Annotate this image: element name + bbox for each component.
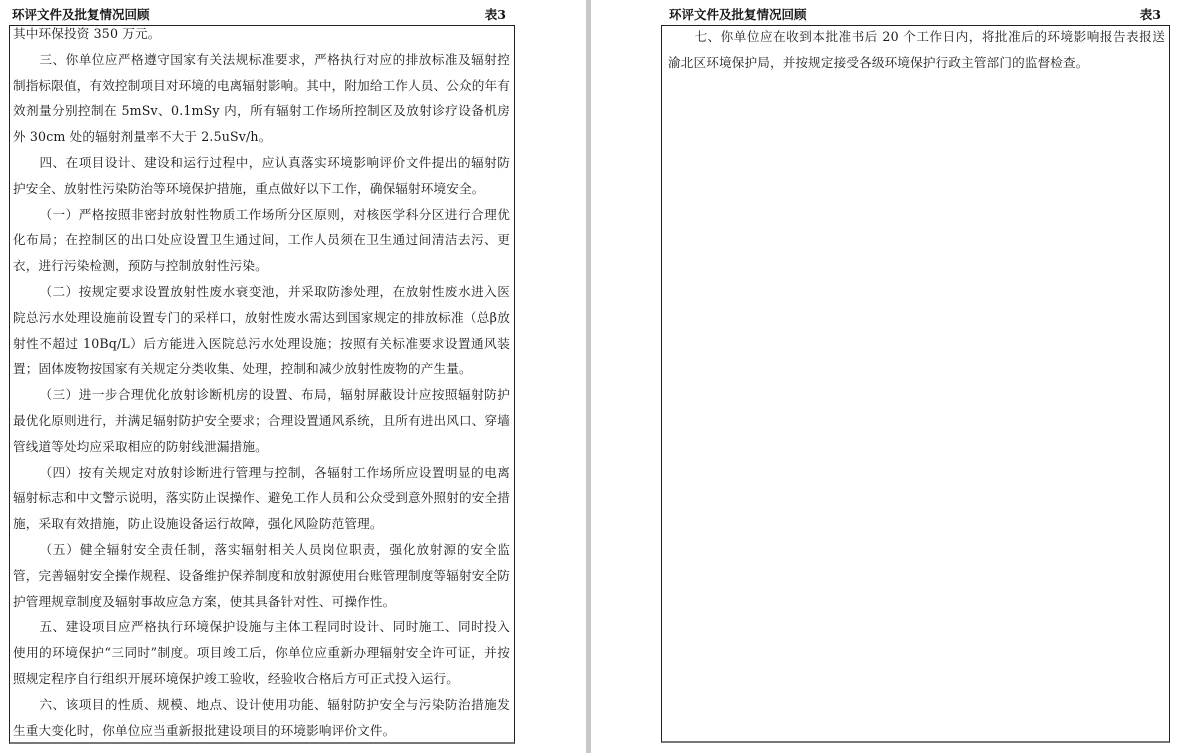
content-frame: 其中环保投资 350 万元。 三、你单位应严格遵守国家有关法规标准要求，严格执行… — [9, 25, 515, 744]
paragraph-3-standards: 三、你单位应严格遵守国家有关法规标准要求，严格执行对应的排放标准及辐射控制指标限… — [13, 47, 510, 150]
content-body: 其中环保投资 350 万元。 三、你单位应严格遵守国家有关法规标准要求，严格执行… — [10, 21, 514, 743]
paragraph-4-5-responsibility: （五）健全辐射安全责任制，落实辐射相关人员岗位职责，强化放射源的安全监管，完善辐… — [13, 537, 510, 614]
paragraph-investment: 其中环保投资 350 万元。 — [13, 21, 510, 47]
document-page-left: 环评文件及批复情况回顾 表3 其中环保投资 350 万元。 三、你单位应严格遵守… — [0, 0, 586, 753]
page-header: 环评文件及批复情况回顾 表3 — [669, 5, 1161, 23]
paragraph-4-measures: 四、在项目设计、建设和运行过程中，应认真落实环境影响评价文件提出的辐射防护安全、… — [13, 150, 510, 202]
paragraph-4-2-wastewater: （二）按规定要求设置放射性废水衰变池，并采取防渗处理，在放射性废水进入医院总污水… — [13, 279, 510, 382]
paragraph-4-3-shielding: （三）进一步合理优化放射诊断机房的设置、布局，辐射屏蔽设计应按照辐射防护最优化原… — [13, 382, 510, 459]
paragraph-5-three-simultaneous: 五、建设项目应严格执行环境保护设施与主体工程同时设计、同时施工、同时投入使用的环… — [13, 614, 510, 691]
paragraph-4-1-zoning: （一）严格按照非密封放射性物质工作场所分区原则，对核医学科分区进行合理优化布局；… — [13, 202, 510, 279]
table-label: 表3 — [1140, 5, 1161, 23]
content-frame: 七、你单位应在收到本批准书后 20 个工作日内，将批准后的环境影响报告表报送渝北… — [661, 25, 1170, 743]
section-title: 环评文件及批复情况回顾 — [669, 5, 807, 23]
paragraph-7-submission: 七、你单位应在收到本批准书后 20 个工作日内，将批准后的环境影响报告表报送渝北… — [668, 24, 1165, 76]
content-body: 七、你单位应在收到本批准书后 20 个工作日内，将批准后的环境影响报告表报送渝北… — [662, 24, 1169, 76]
paragraph-4-4-management: （四）按有关规定对放射诊断进行管理与控制，各辐射工作场所应设置明显的电离辐射标志… — [13, 460, 510, 537]
paragraph-6-changes: 六、该项目的性质、规模、地点、设计使用功能、辐射防护安全与污染防治措施发生重大变… — [13, 692, 510, 744]
document-page-right: 环评文件及批复情况回顾 表3 七、你单位应在收到本批准书后 20 个工作日内，将… — [591, 0, 1179, 753]
